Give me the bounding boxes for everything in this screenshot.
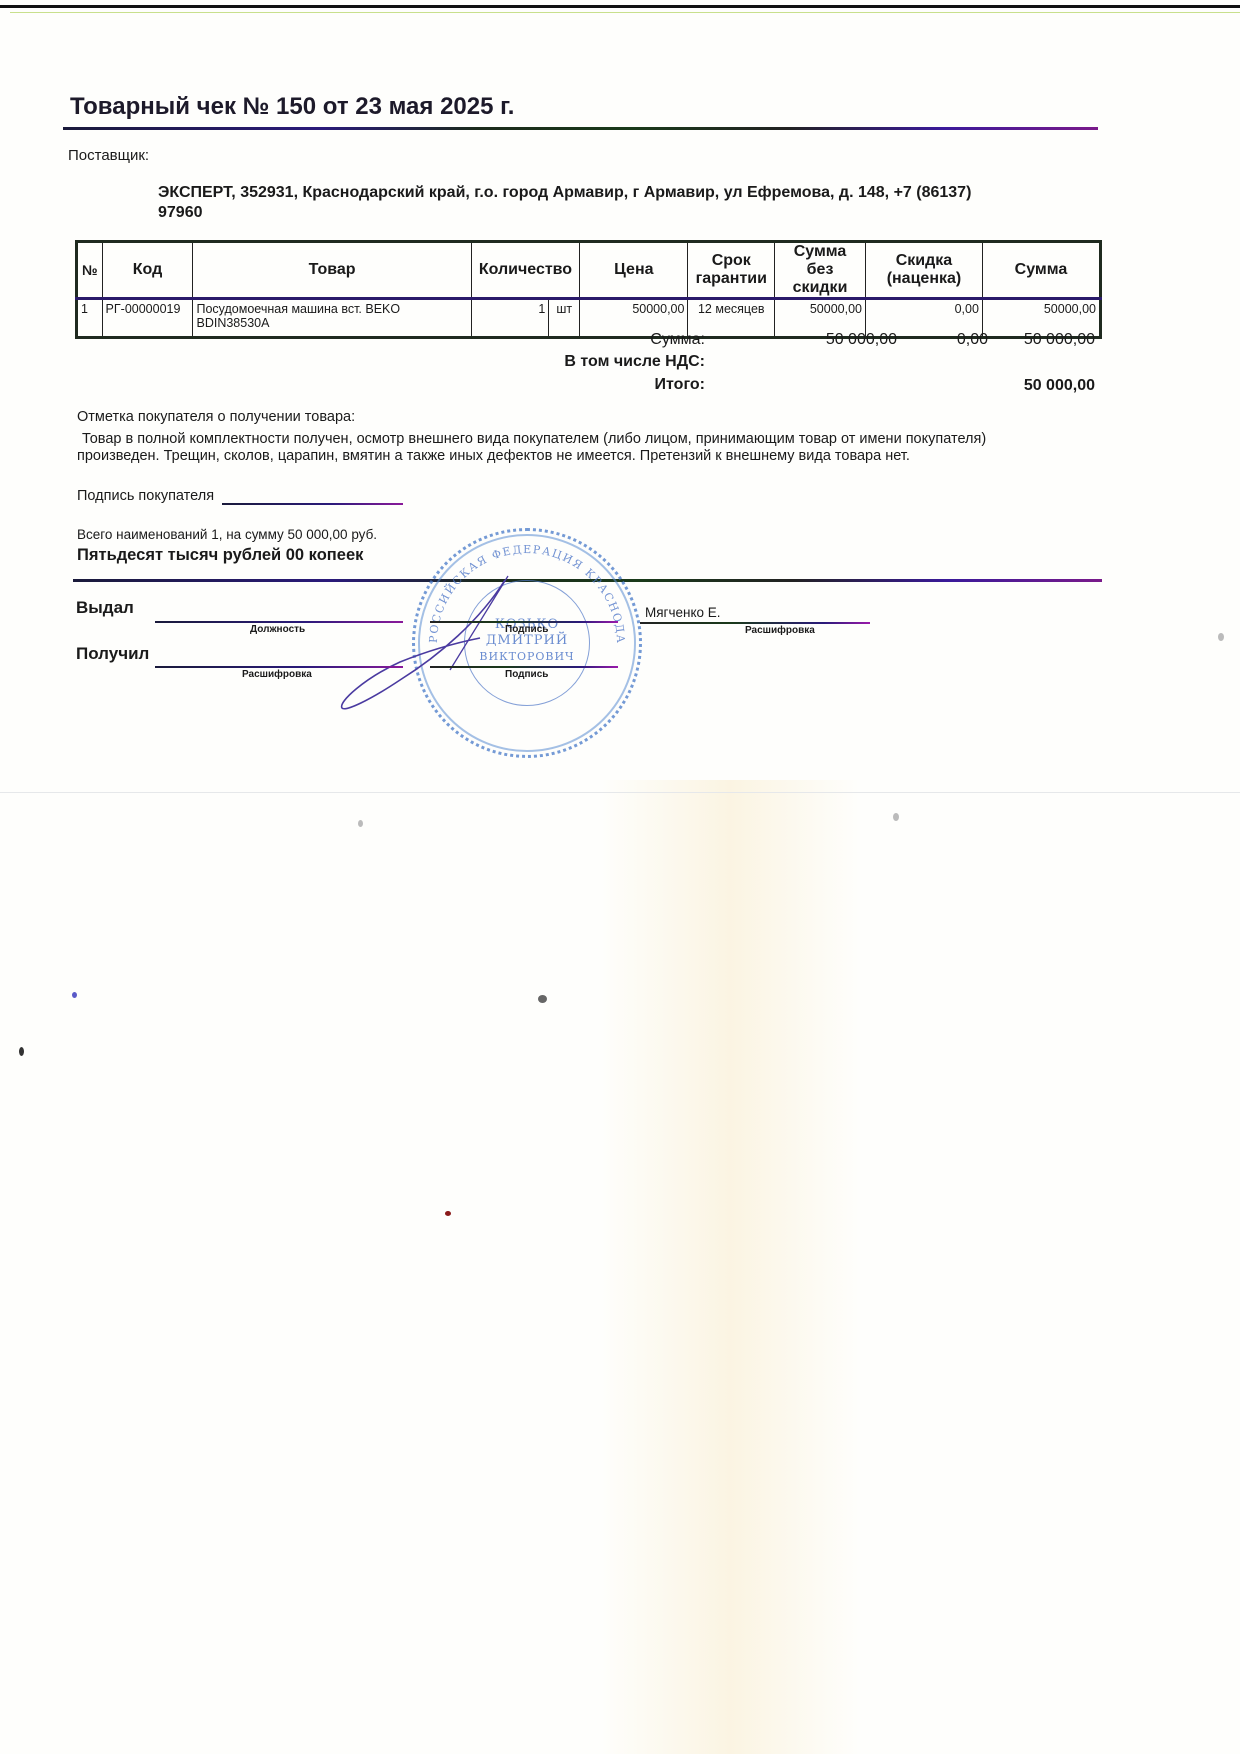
col-header-sum-nodisc-l1: Сумма	[778, 243, 862, 261]
handwritten-signature	[330, 560, 550, 720]
col-header-code: Код	[102, 242, 193, 299]
cell-code: РГ-00000019	[102, 299, 193, 338]
cell-item-line-1: Посудомоечная машина вст. BEKO	[196, 302, 467, 316]
scan-speck	[538, 995, 547, 1003]
col-header-price: Цена	[580, 242, 688, 299]
scan-shadow-band	[600, 780, 860, 1754]
issued-label: Выдал	[76, 598, 134, 618]
col-header-discount: Скидка (наценка)	[866, 242, 983, 299]
table-header-row: № Код Товар Количество Цена Срок гаранти…	[77, 242, 1101, 299]
col-header-warranty-l2: гарантии	[691, 270, 771, 288]
col-header-warranty-l1: Срок	[691, 252, 771, 270]
scan-top-edge-line	[10, 12, 1240, 13]
col-header-discount-l2: (наценка)	[869, 270, 979, 288]
issued-position-line[interactable]	[155, 621, 403, 623]
received-signature-caption: Подпись	[505, 669, 548, 680]
issued-name-caption: Расшифровка	[745, 625, 815, 636]
supplier-line-2: 97960	[158, 203, 1058, 223]
buyer-mark-text-2: произведен. Трещин, сколов, царапин, вмя…	[77, 448, 910, 465]
scan-speck	[445, 1211, 451, 1216]
scan-top-edge	[0, 5, 1240, 8]
col-header-sum: Сумма	[982, 242, 1100, 299]
issued-position-caption: Должность	[250, 624, 305, 635]
col-header-qty: Количество	[471, 242, 580, 299]
received-name-caption: Расшифровка	[242, 669, 312, 680]
issued-signature-caption: Подпись	[505, 624, 548, 635]
summary-count: Всего наименований 1, на сумму 50 000,00…	[77, 527, 377, 542]
items-table: № Код Товар Количество Цена Срок гаранти…	[75, 240, 1102, 339]
col-header-sum-nodisc-l2: без скидки	[778, 261, 862, 297]
scan-speck	[19, 1047, 24, 1056]
supplier-label: Поставщик:	[68, 147, 149, 164]
scan-speck	[893, 813, 899, 821]
received-label: Получил	[76, 644, 149, 664]
totals-sum-total: 50 000,00	[955, 331, 1095, 349]
buyer-mark-text-1: Товар в полной комплектности получен, ос…	[82, 431, 986, 448]
issued-name: Мягченко Е.	[645, 605, 721, 620]
buyer-signature-line[interactable]	[222, 503, 403, 505]
scan-speck	[1218, 633, 1224, 641]
cell-num: 1	[77, 299, 103, 338]
document-title: Товарный чек № 150 от 23 мая 2025 г.	[70, 93, 514, 121]
received-name-line[interactable]	[155, 666, 403, 668]
totals-sum-label: Сумма:	[405, 331, 705, 349]
supplier-details: ЭКСПЕРТ, 352931, Краснодарский край, г.о…	[158, 183, 1058, 223]
title-underline	[63, 127, 1098, 130]
paper-fold-line	[0, 792, 1240, 793]
totals-vat-label: В том числе НДС:	[405, 353, 705, 371]
col-header-num: №	[77, 242, 103, 299]
col-header-discount-l1: Скидка	[869, 252, 979, 270]
buyer-signature-label: Подпись покупателя	[77, 488, 214, 505]
cell-item-line-2: BDIN38530A	[196, 316, 467, 330]
summary-amount-words: Пятьдесят тысяч рублей 00 копеек	[77, 546, 363, 565]
received-signature-line[interactable]	[430, 666, 618, 668]
col-header-sum-nodisc: Сумма без скидки	[775, 242, 866, 299]
totals-grand-label: Итого:	[405, 376, 705, 394]
col-header-item: Товар	[193, 242, 471, 299]
issued-name-line[interactable]	[640, 622, 870, 624]
scan-speck	[72, 992, 77, 998]
scan-speck	[358, 820, 363, 827]
buyer-mark-label: Отметка покупателя о получении товара:	[77, 409, 355, 426]
totals-grand-total: 50 000,00	[955, 377, 1095, 395]
issued-signature-line[interactable]	[430, 621, 618, 623]
supplier-line-1: ЭКСПЕРТ, 352931, Краснодарский край, г.о…	[158, 183, 1058, 203]
col-header-warranty: Срок гарантии	[688, 242, 775, 299]
